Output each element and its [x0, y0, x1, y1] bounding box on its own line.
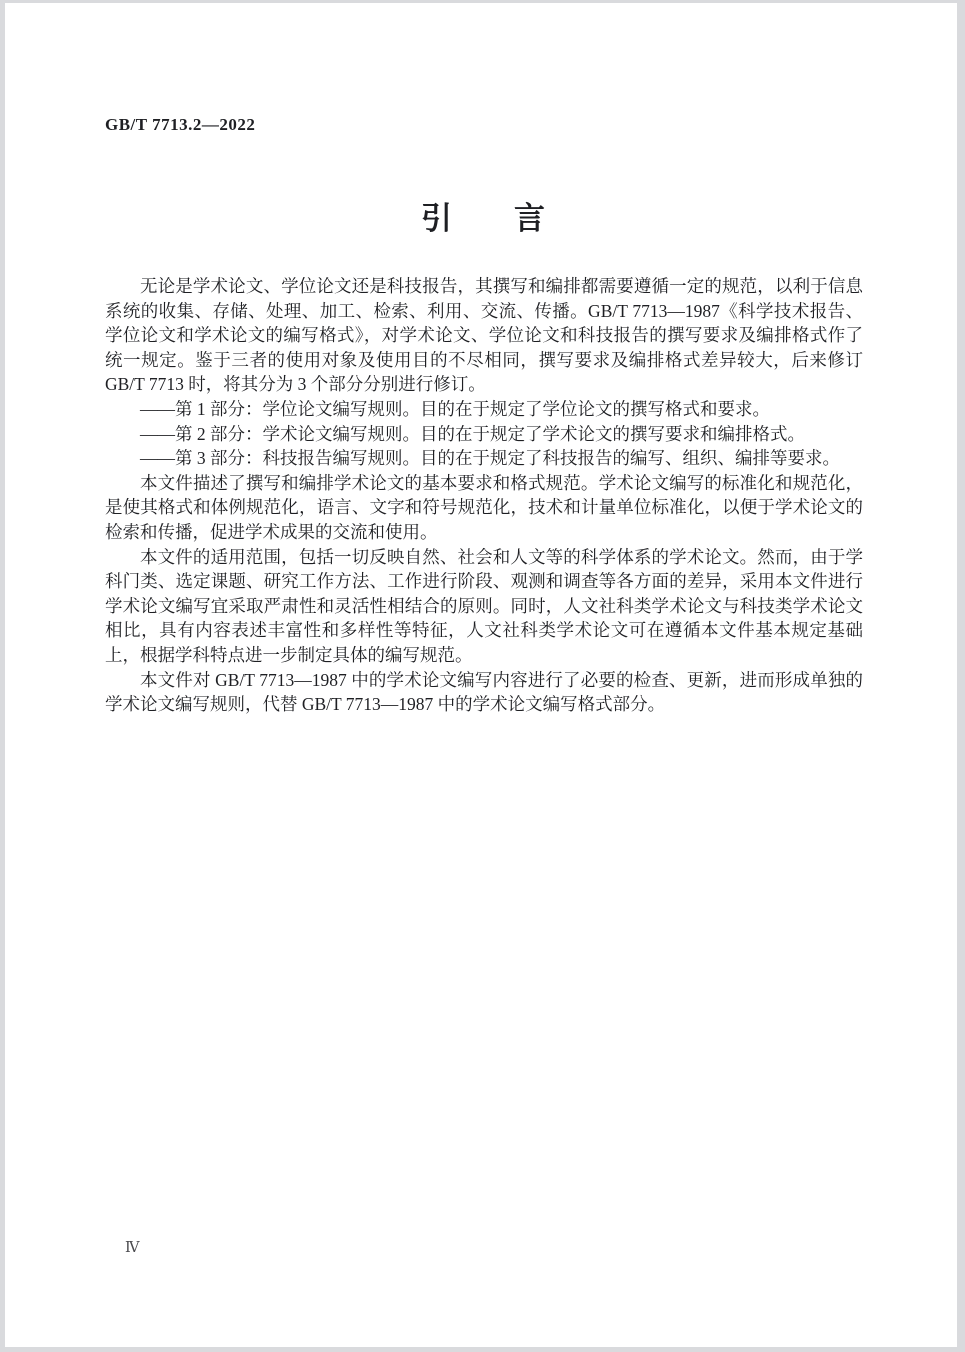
page-title: 引 言: [105, 193, 861, 238]
paragraph: 无论是学术论文、学位论文还是科技报告，其撰写和编排都需要遵循一定的规范，以利于信…: [105, 274, 863, 397]
document-page: GB/T 7713.2—2022 引 言 无论是学术论文、学位论文还是科技报告，…: [5, 3, 957, 1347]
paragraph: 本文件描述了撰写和编排学术论文的基本要求和格式规范。学术论文编写的标准化和规范化…: [105, 471, 863, 545]
list-item-part1: ——第 1 部分：学位论文编写规则。目的在于规定了学位论文的撰写格式和要求。: [105, 397, 863, 422]
standard-number: GB/T 7713.2—2022: [105, 115, 255, 135]
paragraph: 本文件的适用范围，包括一切反映自然、社会和人文等的科学体系的学术论文。然而，由于…: [105, 545, 863, 668]
paragraph: 本文件对 GB/T 7713—1987 中的学术论文编写内容进行了必要的检查、更…: [105, 668, 863, 717]
list-item-part2: ——第 2 部分：学术论文编写规则。目的在于规定了学术论文的撰写要求和编排格式。: [105, 422, 863, 447]
introduction-body: 无论是学术论文、学位论文还是科技报告，其撰写和编排都需要遵循一定的规范，以利于信…: [105, 274, 863, 717]
page-number: Ⅳ: [125, 1240, 140, 1257]
list-item-part3: ——第 3 部分：科技报告编写规则。目的在于规定了科技报告的编写、组织、编排等要…: [105, 446, 863, 471]
